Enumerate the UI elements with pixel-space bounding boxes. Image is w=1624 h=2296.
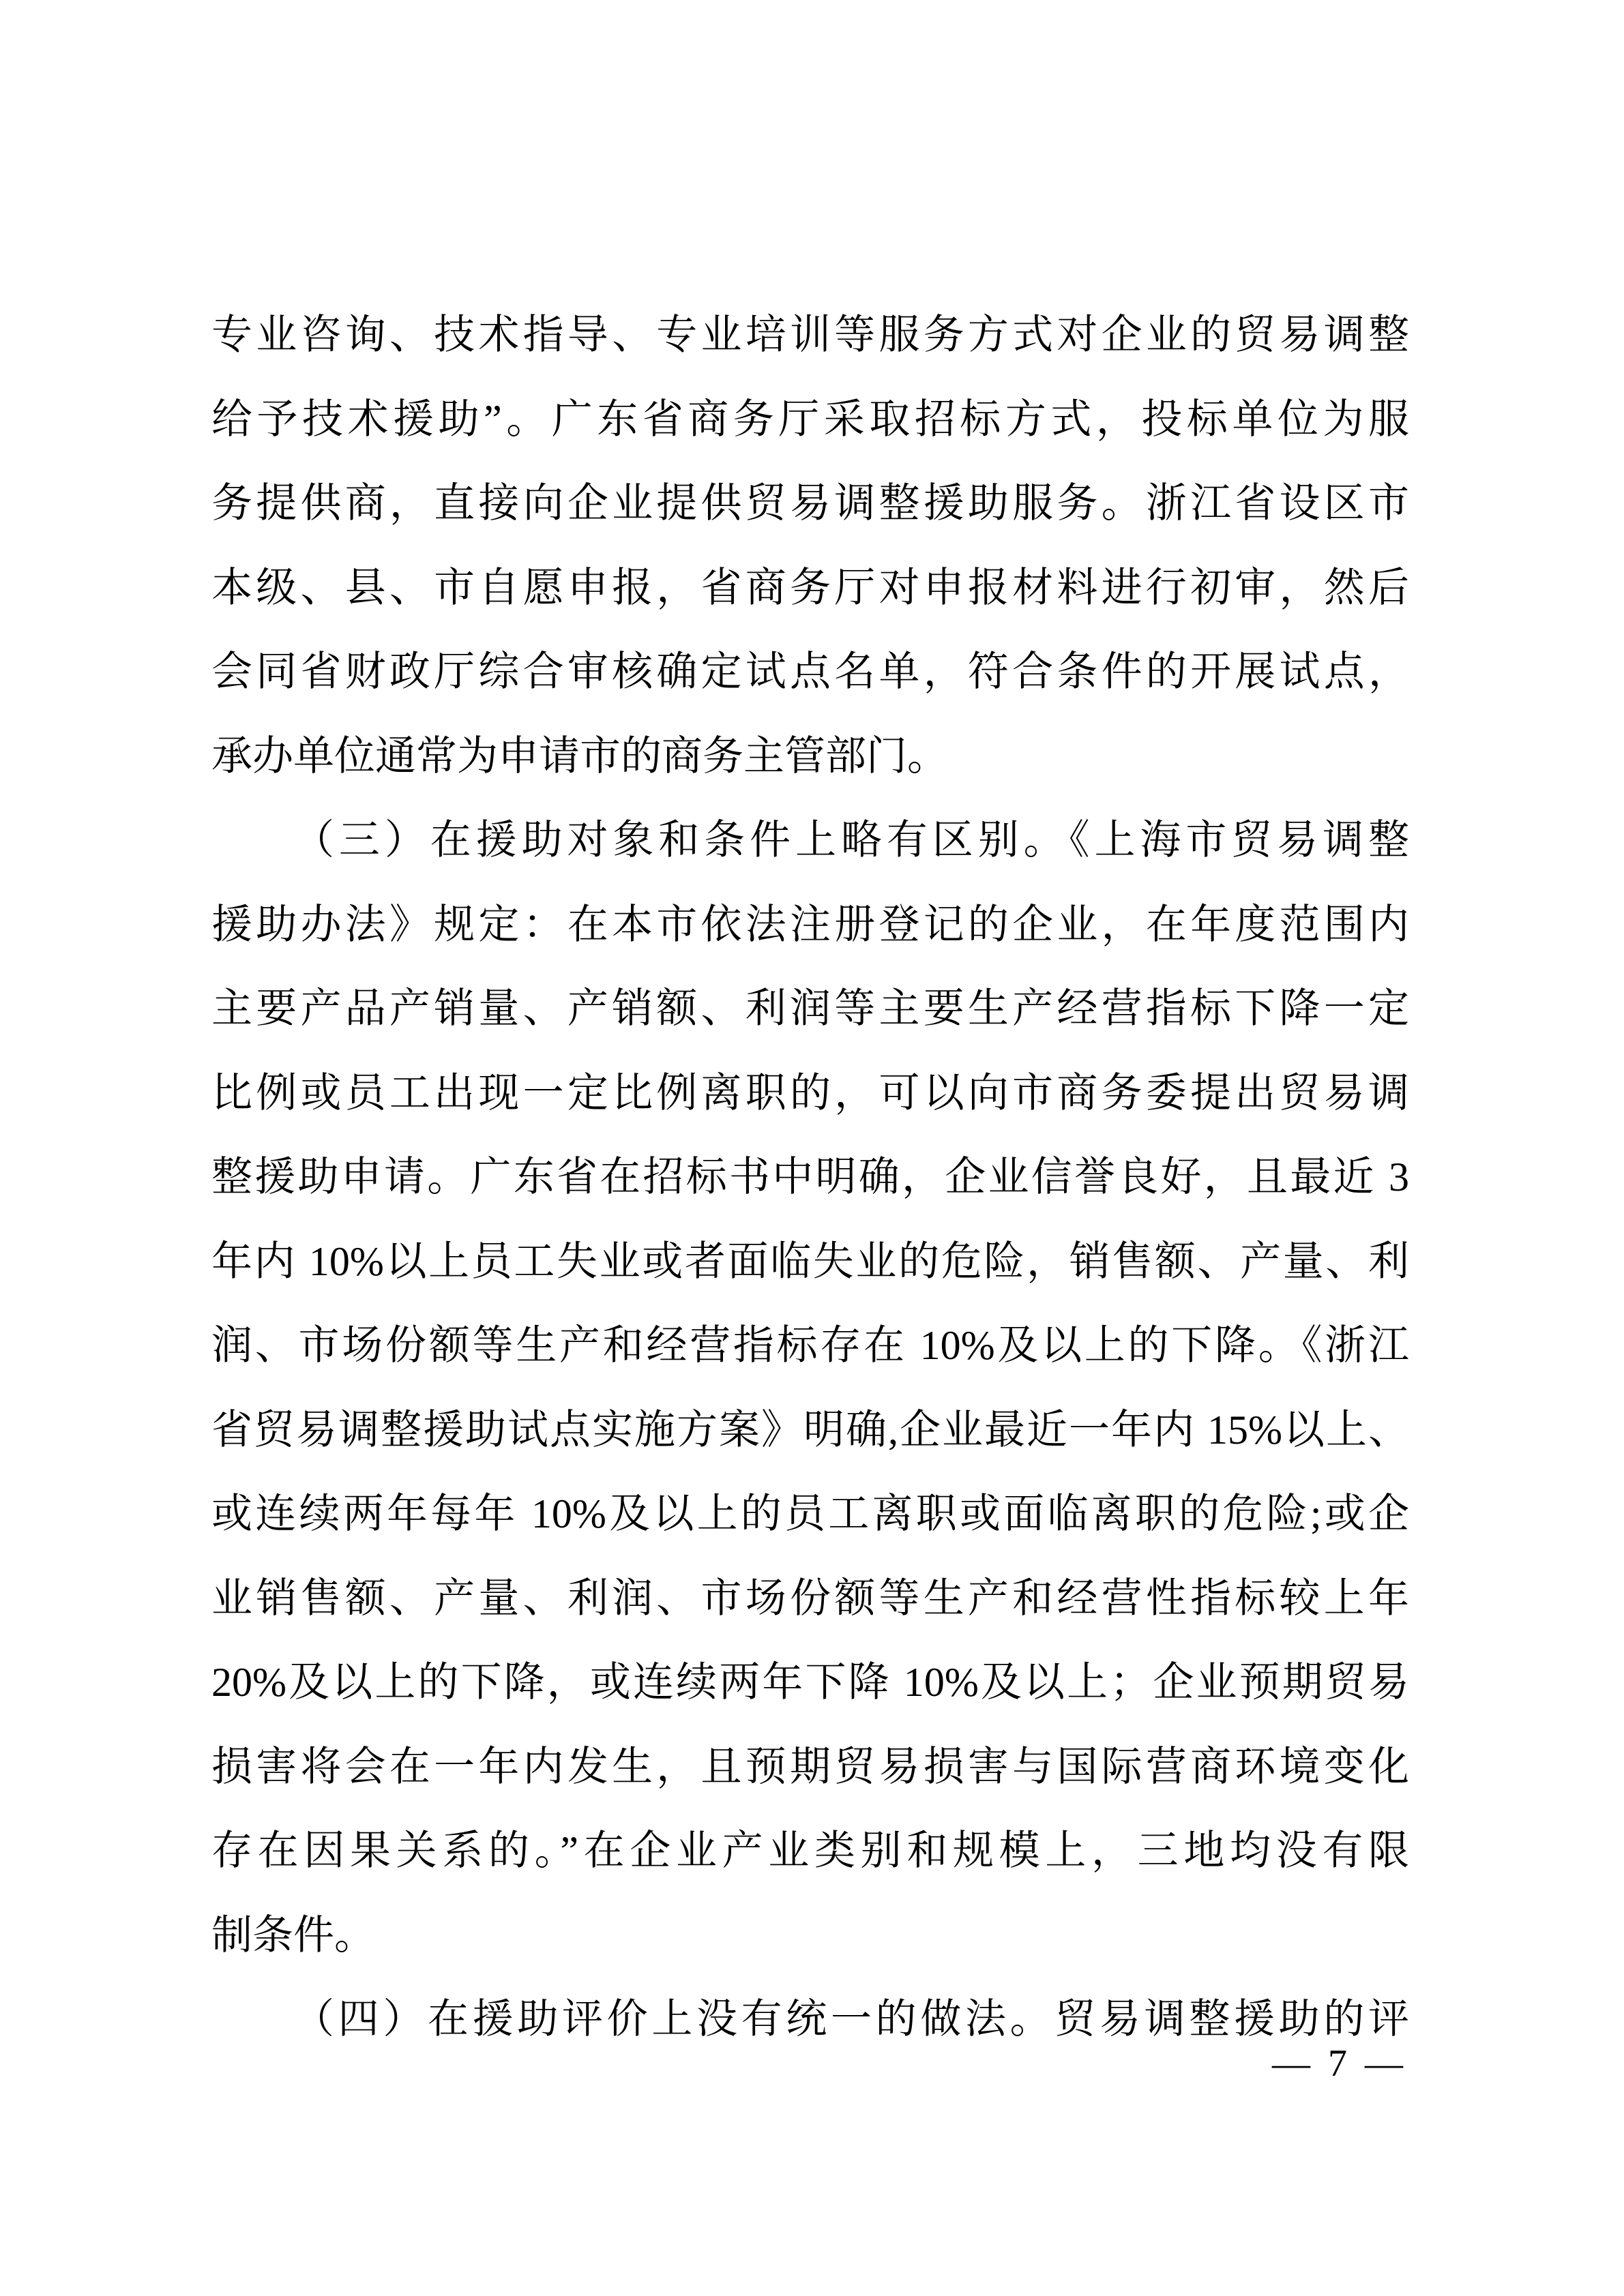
- document-page: 专业咨询、技术指导、专业培训等服务方式对企业的贸易调整 给予技术援助”。广东省商…: [0, 0, 1624, 2296]
- text-line: 援助办法》规定：在本市依法注册登记的企业，在年度范围内: [211, 883, 1409, 968]
- text-line: （四）在援助评价上没有统一的做法。贸易调整援助的评: [211, 1978, 1409, 2062]
- text-line: 损害将会在一年内发生，且预期贸易损害与国际营商环境变化: [211, 1725, 1409, 1810]
- text-line: 年内 10%以上员工失业或者面临失业的危险，销售额、产量、利: [211, 1220, 1409, 1304]
- body-text: 专业咨询、技术指导、专业培训等服务方式对企业的贸易调整 给予技术援助”。广东省商…: [211, 293, 1409, 2062]
- text-line: 制条件。: [211, 1894, 1409, 1978]
- text-line: 务提供商，直接向企业提供贸易调整援助服务。浙江省设区市: [211, 462, 1409, 546]
- text-line: 或连续两年每年 10%及以上的员工离职或面临离职的危险;或企: [211, 1472, 1409, 1557]
- text-line: 省贸易调整援助试点实施方案》明确,企业最近一年内 15%以上、: [211, 1388, 1409, 1473]
- text-line: 主要产品产销量、产销额、利润等主要生产经营指标下降一定: [211, 967, 1409, 1052]
- text-line: 比例或员工出现一定比例离职的，可以向市商务委提出贸易调: [211, 1052, 1409, 1136]
- text-line: 整援助申请。广东省在招标书中明确，企业信誉良好，且最近 3: [211, 1135, 1409, 1220]
- text-line: 业销售额、产量、利润、市场份额等生产和经营性指标较上年: [211, 1557, 1409, 1641]
- text-line: 给予技术援助”。广东省商务厅采取招标方式，投标单位为服: [211, 378, 1409, 462]
- text-line: （三）在援助对象和条件上略有区别。《上海市贸易调整: [211, 799, 1409, 883]
- text-line: 润、市场份额等生产和经营指标存在 10%及以上的下降。《浙江: [211, 1304, 1409, 1388]
- text-line: 会同省财政厅综合审核确定试点名单，符合条件的开展试点，: [211, 630, 1409, 715]
- text-line: 存在因果关系的。”在企业产业类别和规模上，三地均没有限: [211, 1809, 1409, 1894]
- text-line: 专业咨询、技术指导、专业培训等服务方式对企业的贸易调整: [211, 293, 1409, 378]
- text-line: 承办单位通常为申请市的商务主管部门。: [211, 715, 1409, 799]
- text-line: 20%及以上的下降，或连续两年下降 10%及以上；企业预期贸易: [211, 1641, 1409, 1725]
- page-number: — 7 —: [1272, 2043, 1407, 2085]
- text-line: 本级、县、市自愿申报，省商务厅对申报材料进行初审，然后: [211, 546, 1409, 631]
